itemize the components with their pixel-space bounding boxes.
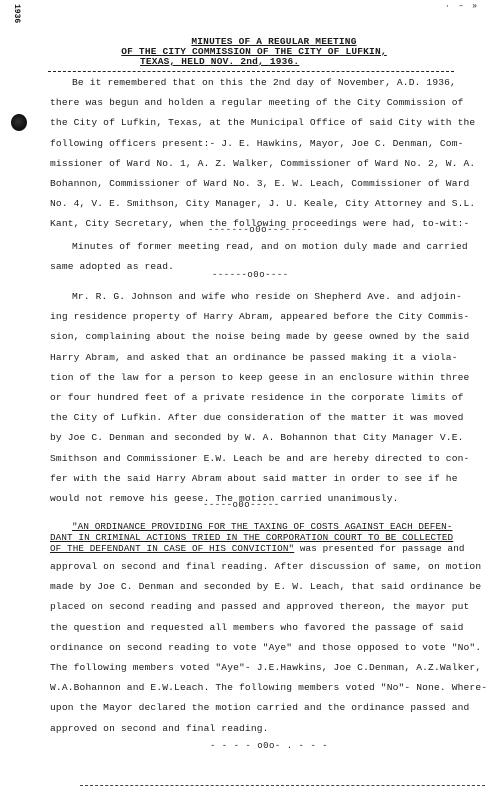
margin-stamp: 1936	[7, 4, 21, 23]
text-line: Mr. R. G. Johnson and wife who reside on…	[50, 287, 470, 307]
text-line: ing residence property of Harry Abram, a…	[50, 307, 470, 327]
text-line: the City of Lufkin, Texas, at the Munici…	[50, 113, 470, 133]
text-line: W.A.Bohannon and E.W.Leach. The followin…	[50, 678, 470, 698]
text-line: approved on second and final reading.	[50, 719, 470, 739]
text-line: made by Joe C. Denman and seconded by E.…	[50, 577, 470, 597]
text-line: upon the Mayor declared the motion carri…	[50, 698, 470, 718]
ordinance-title: "AN ORDINANCE PROVIDING FOR THE TAXING O…	[50, 521, 470, 554]
text-line: Bohannon, Commissioner of Ward No. 3, E.…	[50, 174, 470, 194]
text-line: Smithson and Commissioner E.W. Leach be …	[50, 449, 470, 469]
ordinance-line: "AN ORDINANCE PROVIDING FOR THE TAXING O…	[50, 521, 470, 532]
text-line: or four hundred feet of a private reside…	[50, 388, 470, 408]
header-line-3: TEXAS, HELD NOV. 2nd, 1936.	[140, 57, 488, 67]
paragraph-geese-complaint: Mr. R. G. Johnson and wife who reside on…	[50, 287, 470, 509]
ordinance-title-tail: was presented for passage and	[294, 543, 464, 554]
text-line: placed on second reading and passed and …	[50, 597, 470, 617]
text-line: Minutes of former meeting read, and on m…	[50, 237, 470, 257]
ordinance-line: OF THE DEFENDANT IN CASE OF HIS CONVICTI…	[50, 543, 294, 554]
separator: -------o0o-------	[208, 225, 308, 235]
paragraph-ordinance-vote: approval on second and final reading. Af…	[50, 557, 470, 739]
separator: -----o0o-----	[203, 500, 280, 510]
text-line: there was begun and holden a regular mee…	[50, 93, 470, 113]
text-line: the question and requested all members w…	[50, 618, 470, 638]
header-divider	[48, 71, 454, 72]
text-line: by Joe C. Denman and seconded by W. A. B…	[50, 428, 470, 448]
scanned-document-page: 1936 · – » MINUTES OF A REGULAR MEETING …	[0, 0, 488, 800]
page-bottom-edge	[80, 785, 485, 786]
text-line: tion of the law for a person to keep gee…	[50, 368, 470, 388]
separator: - - - - o0o- . - - -	[210, 741, 328, 751]
text-line: No. 4, V. E. Smithson, City Manager, J. …	[50, 194, 470, 214]
paragraph-opening: Be it remembered that on this the 2nd da…	[50, 73, 470, 235]
text-line: Be it remembered that on this the 2nd da…	[50, 73, 470, 93]
ordinance-line: DANT IN CRIMINAL ACTIONS TRIED IN THE CO…	[50, 532, 470, 543]
text-line: following officers present:- J. E. Hawki…	[50, 134, 470, 154]
text-line: the City of Lufkin. After due considerat…	[50, 408, 470, 428]
text-line: The following members voted "Aye"- J.E.H…	[50, 658, 470, 678]
separator: ------o0o----	[212, 270, 289, 280]
corner-mark: · – »	[445, 2, 479, 11]
document-header: MINUTES OF A REGULAR MEETING OF THE CITY…	[0, 37, 488, 67]
text-line: Harry Abram, and asked that an ordinance…	[50, 348, 470, 368]
hole-punch-mark	[11, 114, 27, 131]
text-line: approval on second and final reading. Af…	[50, 557, 470, 577]
text-line: missioner of Ward No. 1, A. Z. Walker, C…	[50, 154, 470, 174]
text-line: ordinance on second reading to vote "Aye…	[50, 638, 470, 658]
text-line: fer with the said Harry Abram about said…	[50, 469, 470, 489]
text-line: sion, complaining about the noise being …	[50, 327, 470, 347]
